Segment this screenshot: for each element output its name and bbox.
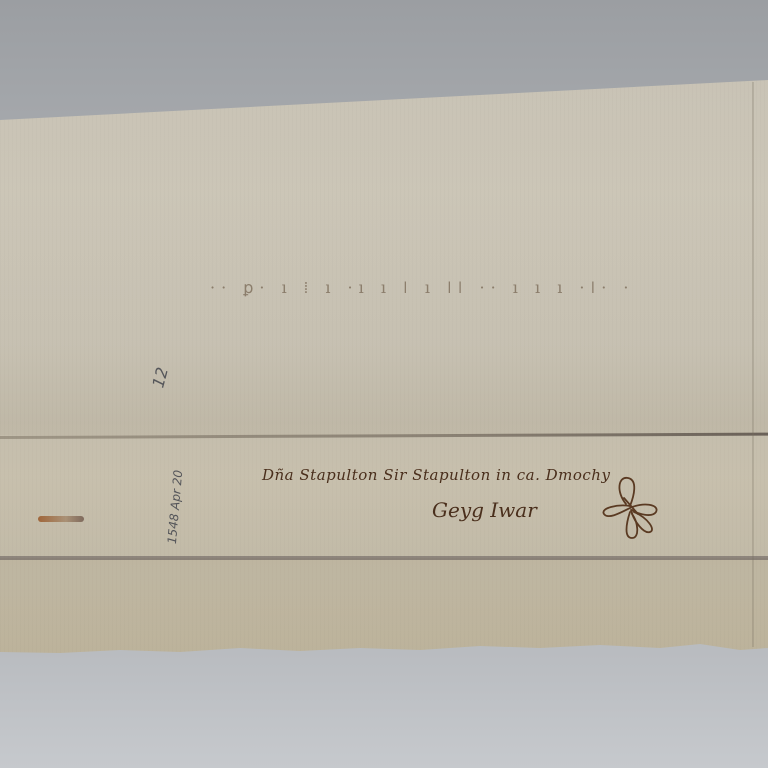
endorsement-line: Dña Stapulton Sir Stapulton in ca. Dmoch… [262,466,610,484]
paraph-flourish-icon [598,474,662,542]
endorsement-signature: Geyg Iwar [432,498,537,522]
bleed-through-text: ·· ꝑ· ı ⁞ ı ·ı ı ǀ ı ǀǀ ·· ı ı ı ·ǀ· · [210,278,634,298]
sheet-right-edge [752,82,754,647]
lower-fold-panel [0,558,768,653]
fold-crease-lower [0,556,768,560]
wax-seal-residue [38,516,84,522]
upper-fold-panel [0,80,768,435]
